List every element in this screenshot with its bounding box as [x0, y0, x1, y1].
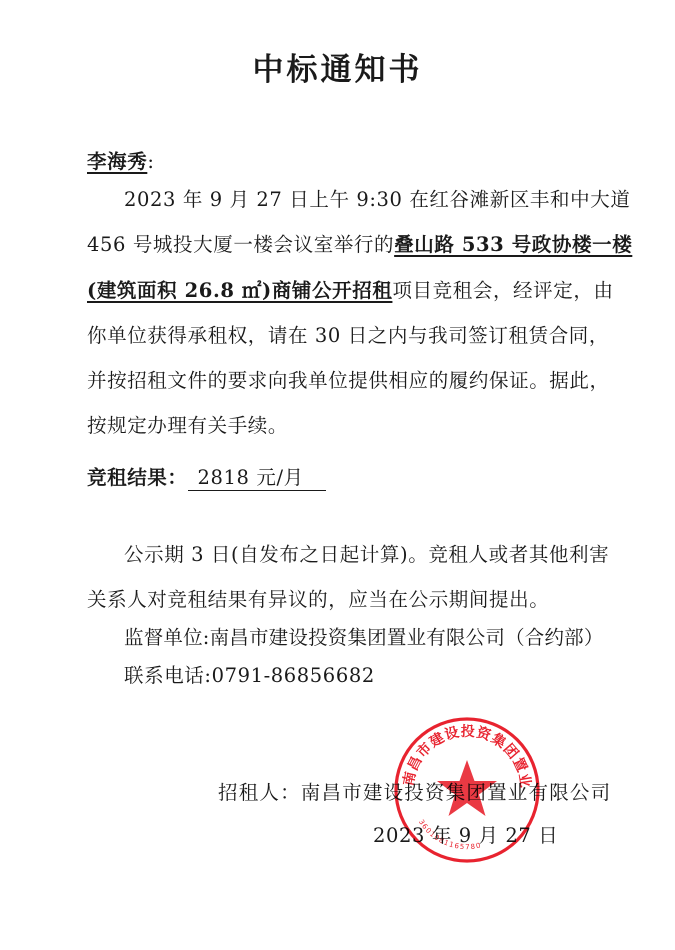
body-text: 456 号城投大厦一楼会议室举行的	[87, 233, 394, 256]
body-line-5: 并按招租文件的要求向我单位提供相应的履约保证。据此，	[87, 365, 610, 393]
addressee-name: 李海秀	[87, 150, 147, 173]
supervisor-line: 监督单位:南昌市建设投资集团置业有限公司（合约部）	[124, 622, 604, 650]
body-text: 按规定办理有关手续。	[87, 414, 288, 437]
lessor-line: 招租人：南昌市建设投资集团置业有限公司	[218, 777, 611, 805]
addressee-colon: :	[147, 150, 154, 173]
notice-text: 公示期 3 日(自发布之日起计算)。竞租人或者其他利害	[124, 543, 609, 566]
body-text: 项目竞租会，经评定，由	[392, 279, 613, 302]
notice-line-1: 公示期 3 日(自发布之日起计算)。竞租人或者其他利害	[124, 539, 609, 567]
addressee-line: 李海秀:	[87, 146, 154, 174]
result-value: 2818 元/月	[188, 466, 326, 491]
body-line-6: 按规定办理有关手续。	[87, 410, 288, 438]
body-line-2: 456 号城投大厦一楼会议室举行的叠山路 533 号政协楼一楼	[87, 229, 632, 257]
project-name-part2: (建筑面积 26.8 ㎡)商铺公开招租	[87, 279, 392, 302]
document-title: 中标通知书	[0, 44, 675, 89]
body-line-3: (建筑面积 26.8 ㎡)商铺公开招租项目竞租会，经评定，由	[87, 275, 614, 303]
lessor-text: 招租人：南昌市建设投资集团置业有限公司	[218, 781, 611, 804]
result-line: 竞租结果：2818 元/月	[87, 462, 326, 491]
body-line-1: 2023 年 9 月 27 日上午 9:30 在红谷滩新区丰和中大道	[124, 184, 630, 212]
body-text: 并按招租文件的要求向我单位提供相应的履约保证。据此，	[87, 369, 610, 392]
body-text: 你单位获得承租权，请在 30 日之内与我司签订租赁合同，	[87, 324, 609, 347]
date-text: 2023 年 9 月 27 日	[373, 824, 558, 847]
phone-text: 联系电话:0791-86856682	[124, 664, 375, 687]
notice-text: 关系人对竞租结果有异议的，应当在公示期间提出。	[87, 588, 549, 611]
project-name-part1: 叠山路 533 号政协楼一楼	[394, 233, 632, 256]
body-line-4: 你单位获得承租权，请在 30 日之内与我司签订租赁合同，	[87, 320, 609, 348]
phone-line: 联系电话:0791-86856682	[124, 660, 375, 688]
date-line: 2023 年 9 月 27 日	[373, 820, 558, 848]
body-text: 2023 年 9 月 27 日上午 9:30 在红谷滩新区丰和中大道	[124, 188, 630, 211]
notice-line-2: 关系人对竞租结果有异议的，应当在公示期间提出。	[87, 584, 549, 612]
result-label: 竞租结果：	[87, 466, 188, 489]
supervisor-text: 监督单位:南昌市建设投资集团置业有限公司（合约部）	[124, 626, 604, 649]
